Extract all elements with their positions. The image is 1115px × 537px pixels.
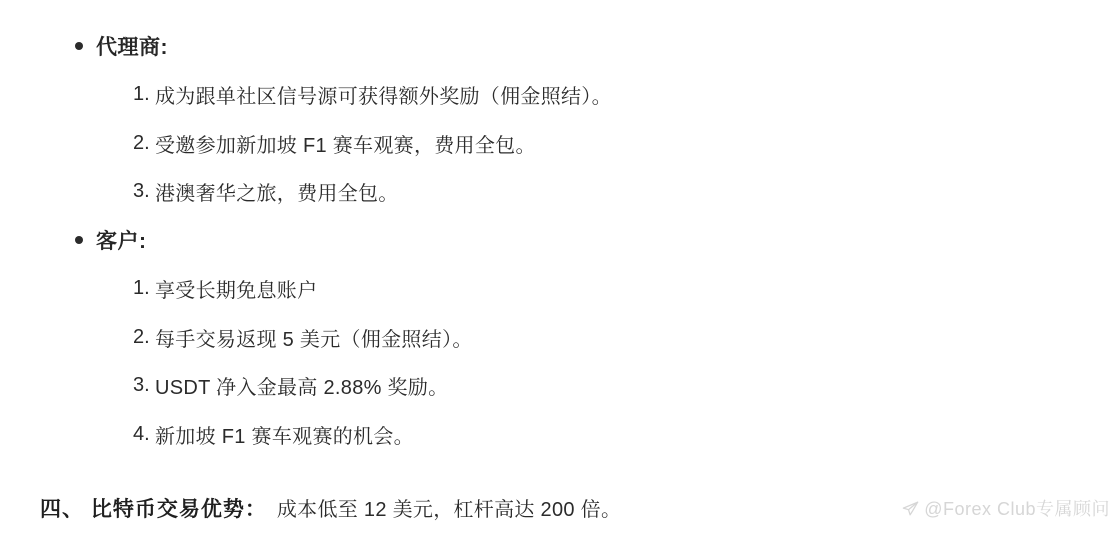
list-item: 4. 新加坡 F1 赛车观赛的机会。 <box>0 410 1115 459</box>
list-item-number: 3. <box>133 374 154 397</box>
footer-line: 四、 比特币交易优势： 成本低至 12 美元，杠杆高达 200 倍。 <box>40 493 621 523</box>
list-item-number: 1. <box>133 83 154 106</box>
watermark: @Forex Club专属顾问 <box>901 495 1110 521</box>
footer-text: 成本低至 12 美元，杠杆高达 200 倍。 <box>277 493 621 522</box>
section-agent-label: 代理商: <box>96 31 168 61</box>
list-item-number: 1. <box>133 277 154 300</box>
footer-heading: 四、 比特币交易优势： <box>40 493 267 523</box>
document-body: 代理商: 1. 成为跟单社区信号源可获得额外奖励（佣金照结）。 2. 受邀参加新… <box>0 22 1115 459</box>
list-item-number: 2. <box>133 326 154 349</box>
bullet-icon <box>75 236 83 244</box>
list-item: 1. 成为跟单社区信号源可获得额外奖励（佣金照结）。 <box>0 71 1115 120</box>
list-item: 3. 港澳奢华之旅，费用全包。 <box>0 168 1115 217</box>
section-customer-header: 客户: <box>0 216 1115 265</box>
list-item-text: 港澳奢华之旅，费用全包。 <box>155 177 399 206</box>
list-item-number: 3. <box>133 180 154 203</box>
bullet-icon <box>75 42 83 50</box>
list-item-text: 新加坡 F1 赛车观赛的机会。 <box>155 420 414 449</box>
list-item-text: 享受长期免息账户 <box>155 274 317 303</box>
list-item-text: 每手交易返现 5 美元（佣金照结）。 <box>155 323 473 352</box>
list-item: 2. 每手交易返现 5 美元（佣金照结）。 <box>0 313 1115 362</box>
list-item-text: 受邀参加新加坡 F1 赛车观赛，费用全包。 <box>155 129 536 158</box>
telegram-paper-plane-icon <box>901 499 920 518</box>
list-item: 1. 享受长期免息账户 <box>0 265 1115 314</box>
section-customer-label: 客户: <box>96 225 147 255</box>
watermark-text: @Forex Club专属顾问 <box>924 495 1110 521</box>
section-agent-header: 代理商: <box>0 22 1115 71</box>
list-item-number: 4. <box>133 423 154 446</box>
document-page: 代理商: 1. 成为跟单社区信号源可获得额外奖励（佣金照结）。 2. 受邀参加新… <box>0 0 1115 537</box>
list-item-text: 成为跟单社区信号源可获得额外奖励（佣金照结）。 <box>155 80 612 109</box>
list-item: 2. 受邀参加新加坡 F1 赛车观赛，费用全包。 <box>0 119 1115 168</box>
list-item-number: 2. <box>133 132 154 155</box>
list-item-text: USDT 净入金最高 2.88% 奖励。 <box>155 371 448 400</box>
list-item: 3. USDT 净入金最高 2.88% 奖励。 <box>0 362 1115 411</box>
